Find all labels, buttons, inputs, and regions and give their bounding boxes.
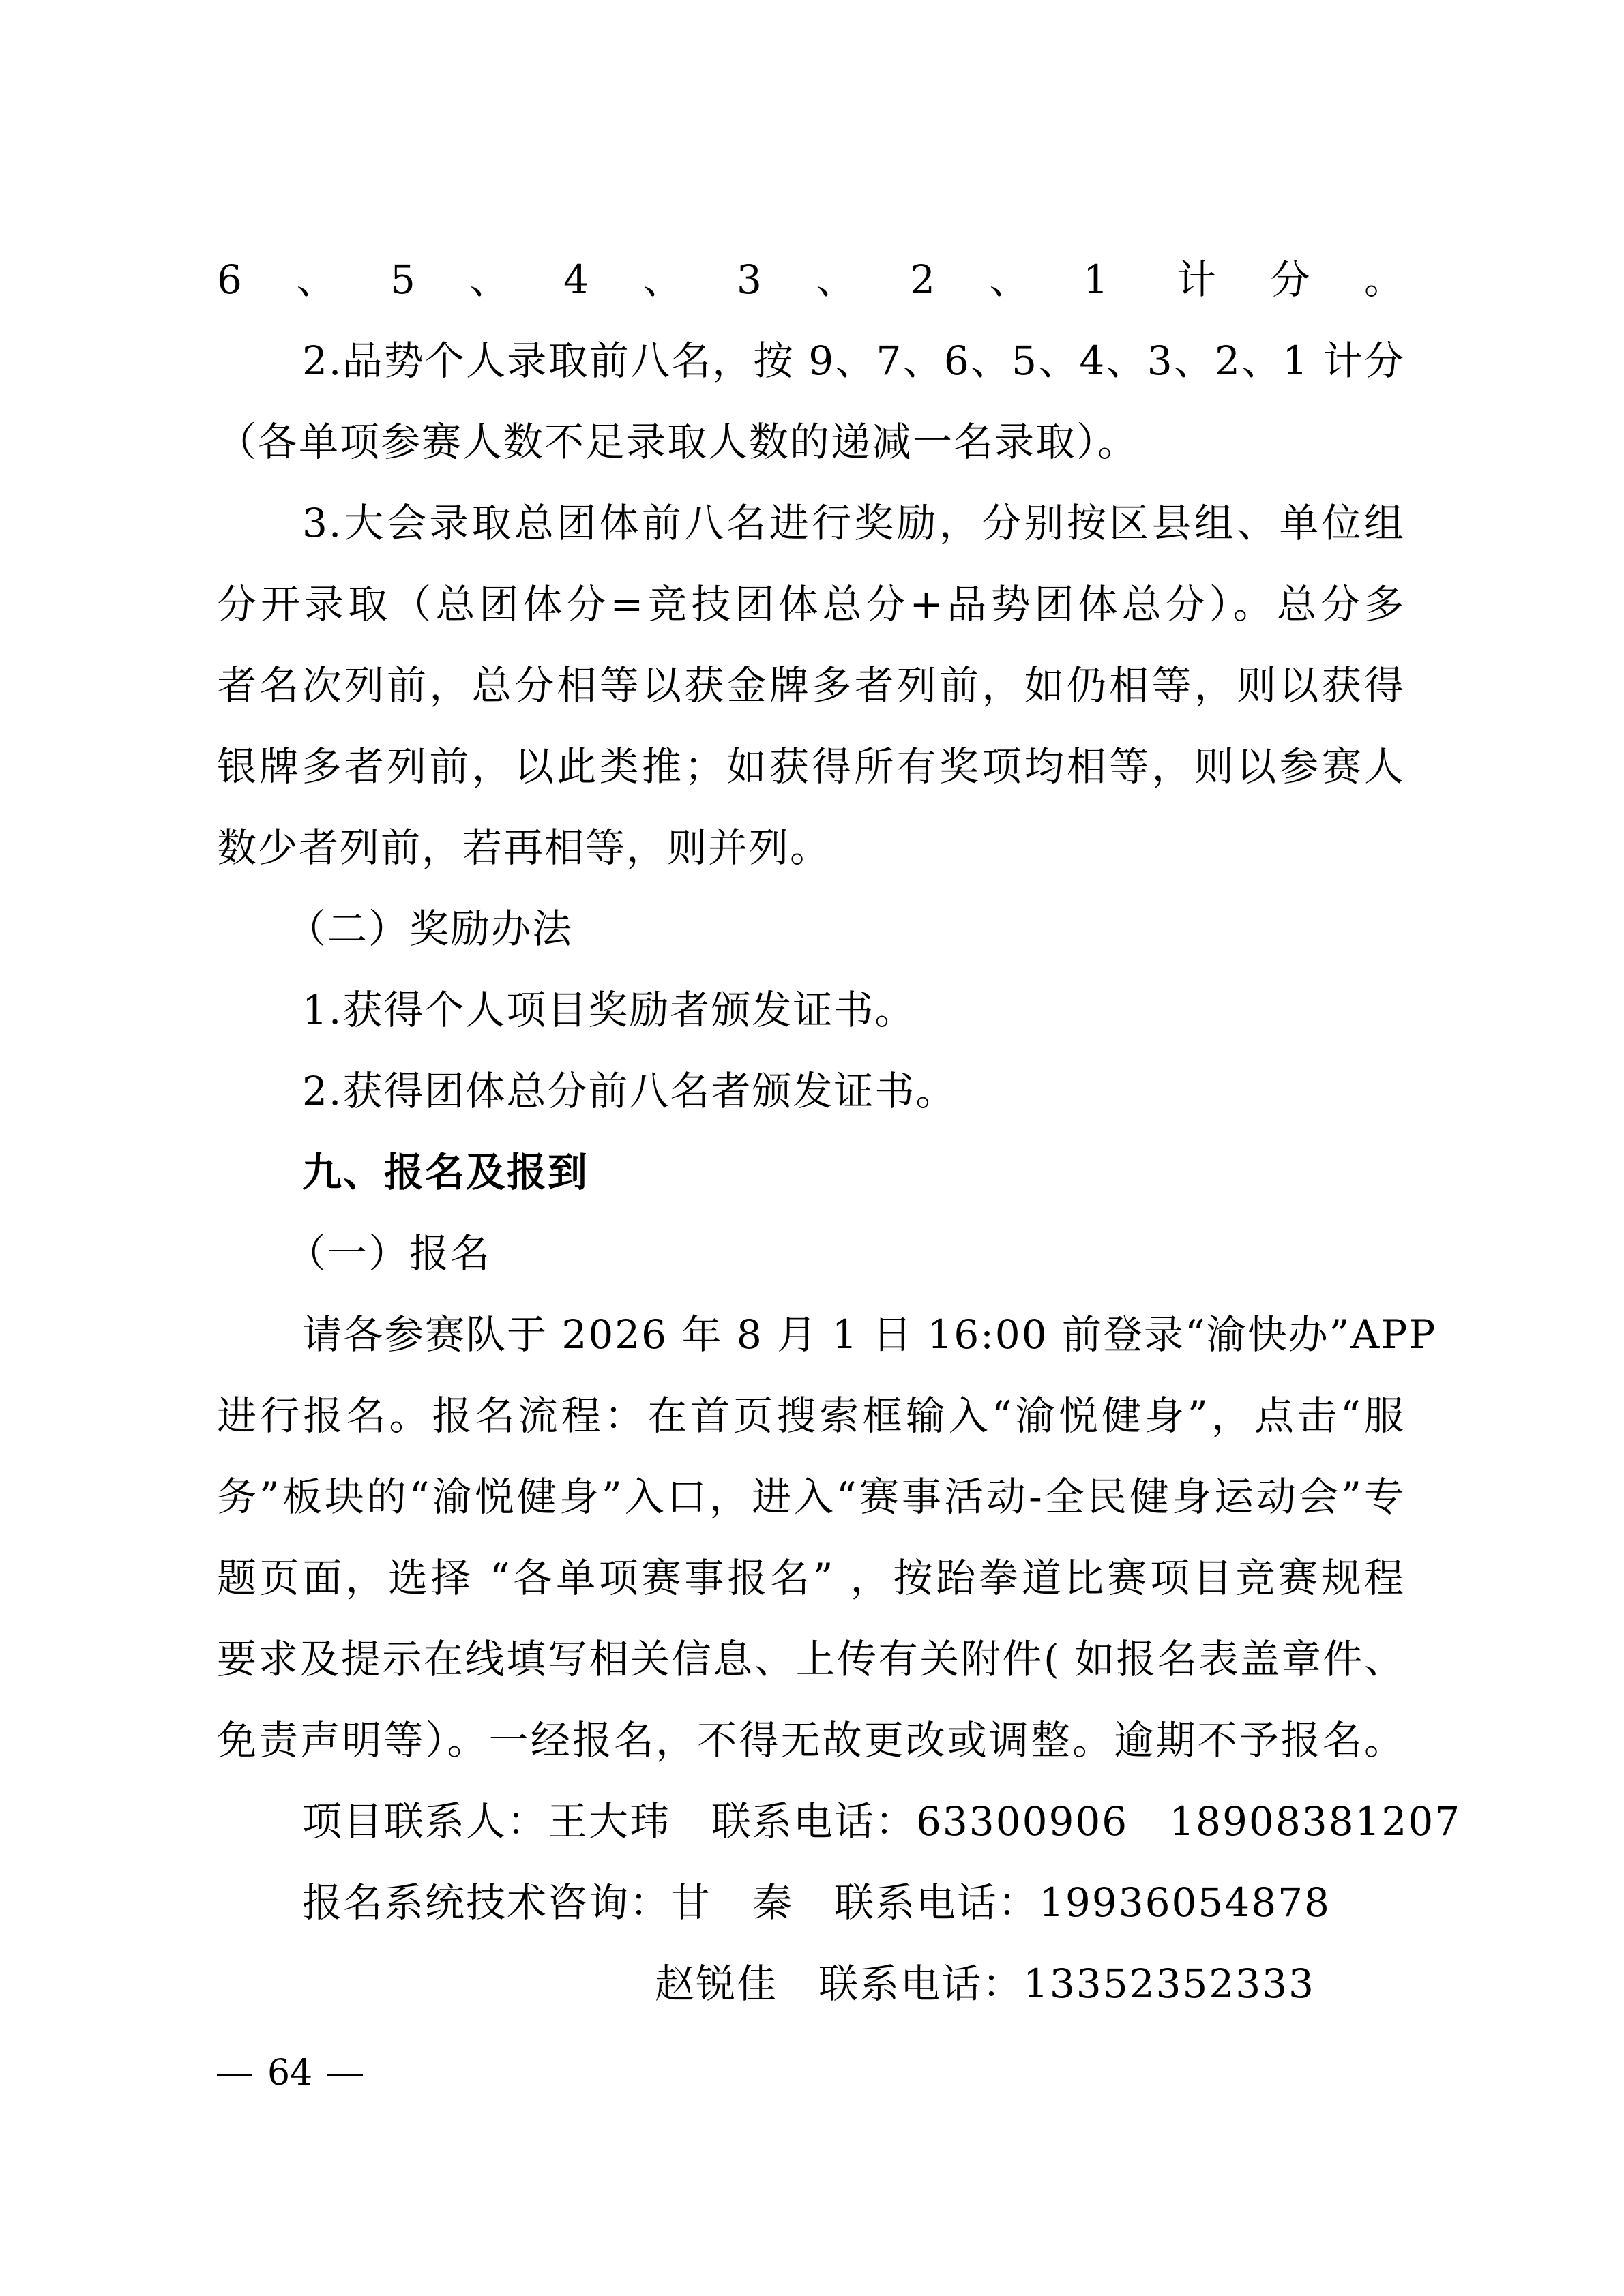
paragraph-line-registration-upload: 要求及提示在线填写相关信息、上传有关附件( 如报名表盖章件、	[217, 1632, 1405, 1686]
paragraph-line-tiebreak-end: 数少者列前，若再相等，则并列。	[217, 820, 1405, 875]
page-number: 64	[217, 2046, 378, 2100]
subheading-award-method: （二）奖励办法	[286, 901, 1389, 956]
paragraph-line-scoring-end: 6、5、4、3、2、1 计分。	[217, 252, 1405, 307]
paragraph-line-tiebreak-silver: 银牌多者列前，以此类推；如获得所有奖项均相等，则以参赛人	[217, 739, 1405, 794]
paragraph-line-team-formula: 分开录取（总团体分=竞技团体总分+品势团体总分）。总分多	[217, 577, 1405, 631]
contact-line-project: 项目联系人：王大玮 联系电话：63300906 18908381207	[302, 1794, 1405, 1849]
paragraph-line-registration-select: 题页面，选择 “各单项赛事报名” ，按跆拳道比赛项目竞赛规程	[217, 1551, 1405, 1605]
paragraph-line-tiebreak-gold: 者名次列前，总分相等以获金牌多者列前，如仍相等，则以获得	[217, 658, 1405, 713]
list-item-team-certificate: 2.获得团体总分前八名者颁发证书。	[302, 1064, 1405, 1118]
subheading-registration: （一）报名	[286, 1226, 1389, 1281]
page-number-value: 64	[267, 2053, 312, 2093]
paragraph-line-poomsae-note: （各单项参赛人数不足录取人数的递减一名录取）。	[217, 415, 1405, 469]
dash-left	[217, 2074, 252, 2076]
dash-right	[327, 2074, 363, 2076]
contact-line-tech-support-2: 赵锐佳 联系电话：13352352333	[655, 1956, 1315, 2011]
contact-line-tech-support: 报名系统技术咨询：甘 秦 联系电话：19936054878	[302, 1875, 1405, 1930]
list-item-individual-certificate: 1.获得个人项目奖励者颁发证书。	[302, 983, 1405, 1037]
paragraph-line-registration-deadline-note: 免责声明等）。一经报名，不得无故更改或调整。逾期不予报名。	[217, 1713, 1405, 1768]
paragraph-line-registration-entry: 务”板块的“渝悦健身”入口，进入“赛事活动-全民健身运动会”专	[217, 1470, 1405, 1524]
paragraph-line-registration-deadline: 请各参赛队于 2026 年 8 月 1 日 16:00 前登录“渝快办”APP	[302, 1307, 1405, 1362]
paragraph-line-team-award: 3.大会录取总团体前八名进行奖励，分别按区县组、单位组	[302, 496, 1405, 550]
paragraph-line-registration-flow: 进行报名。报名流程：在首页搜索框输入“渝悦健身”，点击“服	[217, 1388, 1405, 1443]
document-page: 6、5、4、3、2、1 计分。 2.品势个人录取前八名，按 9、7、6、5、4、…	[0, 0, 1624, 2296]
paragraph-line-poomsae-individual: 2.品势个人录取前八名，按 9、7、6、5、4、3、2、1 计分	[302, 333, 1405, 388]
section-heading-registration: 九、报名及报到	[302, 1145, 1405, 1199]
